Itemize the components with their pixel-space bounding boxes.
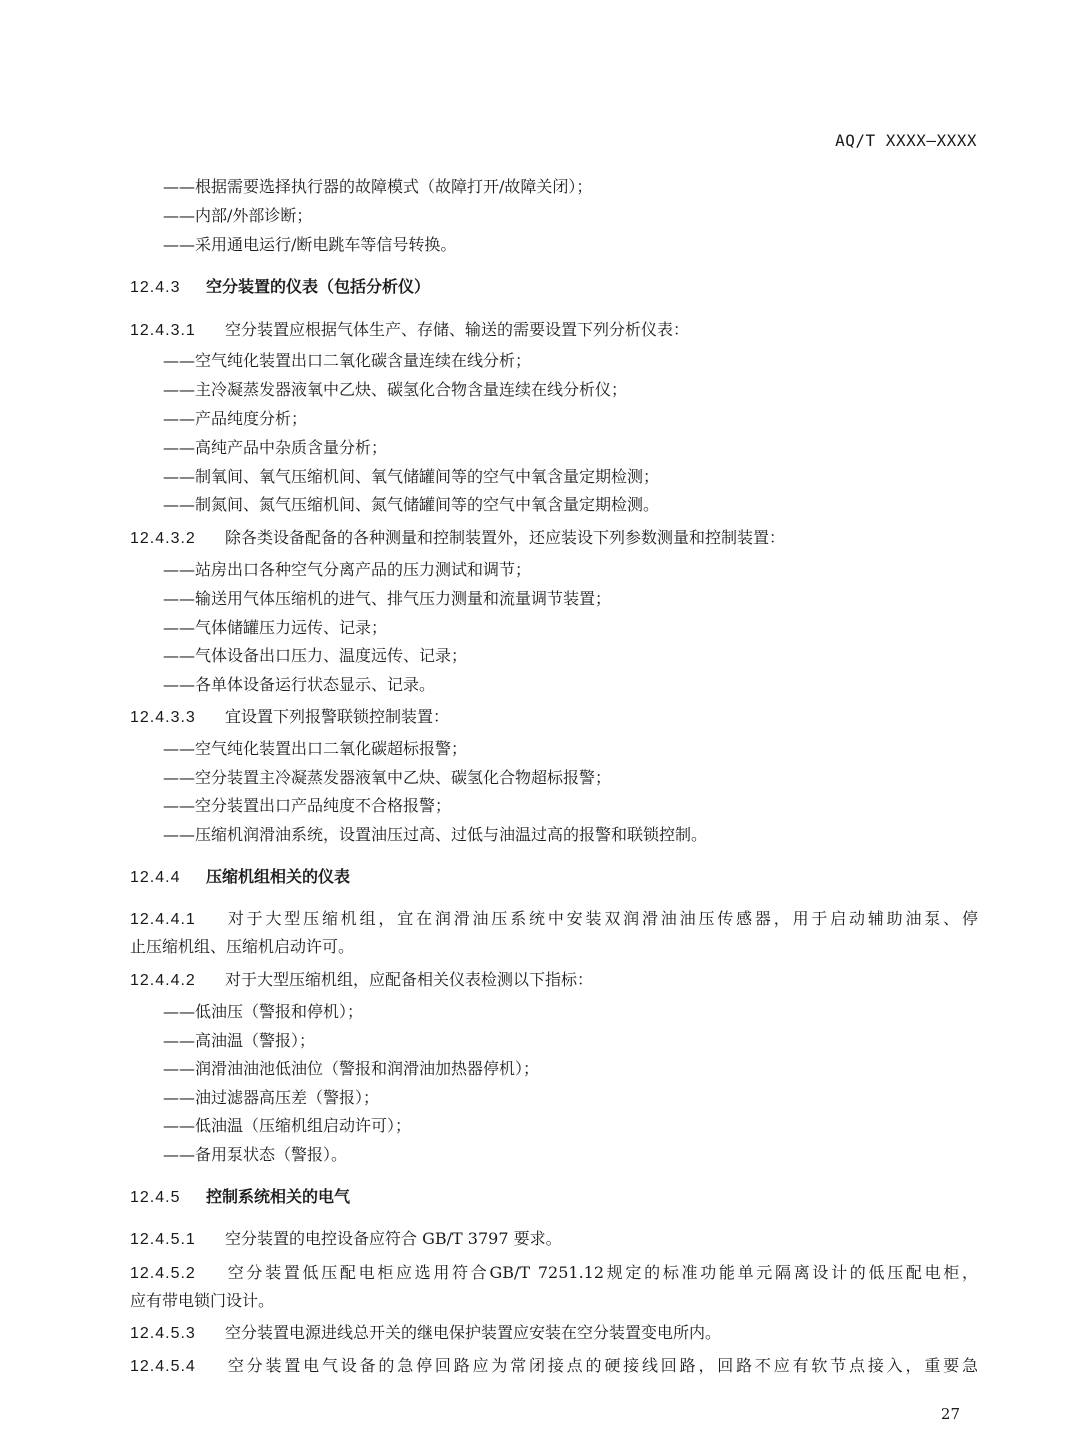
clause-text: 空分装置低压配电柜应选用符合GB/T 7251.12规定的标准功能单元隔离设计的… [225, 1263, 978, 1282]
list-item: ——根据需要选择执行器的故障模式（故障打开/故障关闭）； [163, 177, 592, 197]
list-item: ——空分装置出口产品纯度不合格报警； [163, 796, 451, 816]
clause-12-4-5-3: 12.4.5.3空分装置电源进线总开关的继电保护装置应安装在空分装置变电所内。 [130, 1323, 721, 1344]
list-item: ——内部/外部诊断； [163, 206, 312, 226]
list-item: ——制氧间、氧气压缩机间、氧气储罐间等的空气中氧含量定期检测； [163, 467, 659, 487]
clause-text: 宜设置下列报警联锁控制装置： [225, 707, 449, 726]
section-title: 压缩机组相关的仪表 [206, 867, 350, 886]
clause-12-4-5-4: 12.4.5.4空分装置电气设备的急停回路应为常闭接点的硬接线回路，回路不应有软… [130, 1356, 978, 1377]
clause-number: 12.4.3.3 [130, 708, 225, 728]
section-number: 12.4.5 [130, 1188, 206, 1208]
clause-text: 空分装置应根据气体生产、存储、输送的需要设置下列分析仪表： [225, 320, 689, 339]
list-item: ——气体设备出口压力、温度远传、记录； [163, 646, 467, 666]
list-item: ——空分装置主冷凝蒸发器液氧中乙炔、碳氢化合物超标报警； [163, 768, 611, 788]
clause-number: 12.4.5.2 [130, 1264, 225, 1284]
clause-number: 12.4.4.2 [130, 971, 225, 991]
clause-text: 空分装置电源进线总开关的继电保护装置应安装在空分装置变电所内。 [225, 1323, 721, 1342]
section-heading-12-4-5: 12.4.5控制系统相关的电气 [130, 1187, 350, 1208]
list-item: ——备用泵状态（警报）。 [163, 1145, 347, 1165]
page-number: 27 [941, 1405, 960, 1423]
section-title: 空分装置的仪表（包括分析仪） [206, 277, 430, 296]
clause-text: 除各类设备配备的各种测量和控制装置外，还应装设下列参数测量和控制装置： [225, 528, 785, 547]
clause-number: 12.4.3.2 [130, 529, 225, 549]
section-heading-12-4-4: 12.4.4压缩机组相关的仪表 [130, 867, 350, 888]
document-code-header: AQ/T XXXX—XXXX [835, 131, 977, 150]
clause-text: 空分装置的电控设备应符合 GB/T 3797 要求。 [225, 1229, 562, 1248]
list-item: ——采用通电运行/断电跳车等信号转换。 [163, 235, 456, 255]
list-item: ——油过滤器高压差（警报）； [163, 1088, 379, 1108]
clause-number: 12.4.5.4 [130, 1357, 225, 1377]
clause-number: 12.4.5.1 [130, 1230, 225, 1250]
clause-number: 12.4.4.1 [130, 910, 225, 930]
list-item: ——制氮间、氮气压缩机间、氮气储罐间等的空气中氧含量定期检测。 [163, 495, 659, 515]
clause-12-4-4-2: 12.4.4.2对于大型压缩机组，应配备相关仪表检测以下指标： [130, 970, 593, 991]
list-item: ——空气纯化装置出口二氧化碳含量连续在线分析； [163, 351, 531, 371]
list-item: ——高纯产品中杂质含量分析； [163, 438, 387, 458]
clause-12-4-4-1: 12.4.4.1对于大型压缩机组，宜在润滑油压系统中安装双润滑油油压传感器，用于… [130, 909, 978, 930]
list-item: ——站房出口各种空气分离产品的压力测试和调节； [163, 560, 531, 580]
list-item: ——气体储罐压力远传、记录； [163, 618, 387, 638]
list-item: ——低油温（压缩机组启动许可）； [163, 1116, 411, 1136]
section-number: 12.4.3 [130, 278, 206, 298]
list-item: ——高油温（警报）； [163, 1031, 315, 1051]
list-item: ——空气纯化装置出口二氧化碳超标报警； [163, 739, 467, 759]
clause-number: 12.4.5.3 [130, 1324, 225, 1344]
clause-12-4-5-2: 12.4.5.2空分装置低压配电柜应选用符合GB/T 7251.12规定的标准功… [130, 1263, 978, 1284]
clause-12-4-5-1: 12.4.5.1空分装置的电控设备应符合 GB/T 3797 要求。 [130, 1229, 562, 1250]
clause-number: 12.4.3.1 [130, 321, 225, 341]
list-item: ——产品纯度分析； [163, 409, 307, 429]
clause-text-continuation: 止压缩机组、压缩机启动许可。 [130, 937, 354, 957]
clause-text: 对于大型压缩机组，应配备相关仪表检测以下指标： [225, 970, 593, 989]
list-item: ——低油压（警报和停机）； [163, 1002, 363, 1022]
clause-text: 对于大型压缩机组，宜在润滑油压系统中安装双润滑油油压传感器，用于启动辅助油泵、停 [225, 909, 978, 928]
list-item: ——压缩机润滑油系统，设置油压过高、过低与油温过高的报警和联锁控制。 [163, 825, 707, 845]
list-item: ——各单体设备运行状态显示、记录。 [163, 675, 435, 695]
section-number: 12.4.4 [130, 868, 206, 888]
clause-12-4-3-3: 12.4.3.3宜设置下列报警联锁控制装置： [130, 707, 449, 728]
section-heading-12-4-3: 12.4.3空分装置的仪表（包括分析仪） [130, 277, 430, 298]
clause-text: 空分装置电气设备的急停回路应为常闭接点的硬接线回路，回路不应有软节点接入，重要急 [225, 1356, 978, 1375]
list-item: ——润滑油油池低油位（警报和润滑油加热器停机）； [163, 1059, 539, 1079]
clause-12-4-3-2: 12.4.3.2除各类设备配备的各种测量和控制装置外，还应装设下列参数测量和控制… [130, 528, 785, 549]
list-item: ——输送用气体压缩机的进气、排气压力测量和流量调节装置； [163, 589, 611, 609]
list-item: ——主冷凝蒸发器液氧中乙炔、碳氢化合物含量连续在线分析仪； [163, 380, 627, 400]
clause-12-4-3-1: 12.4.3.1空分装置应根据气体生产、存储、输送的需要设置下列分析仪表： [130, 320, 689, 341]
section-title: 控制系统相关的电气 [206, 1187, 350, 1206]
clause-text-continuation: 应有带电锁门设计。 [130, 1291, 274, 1311]
